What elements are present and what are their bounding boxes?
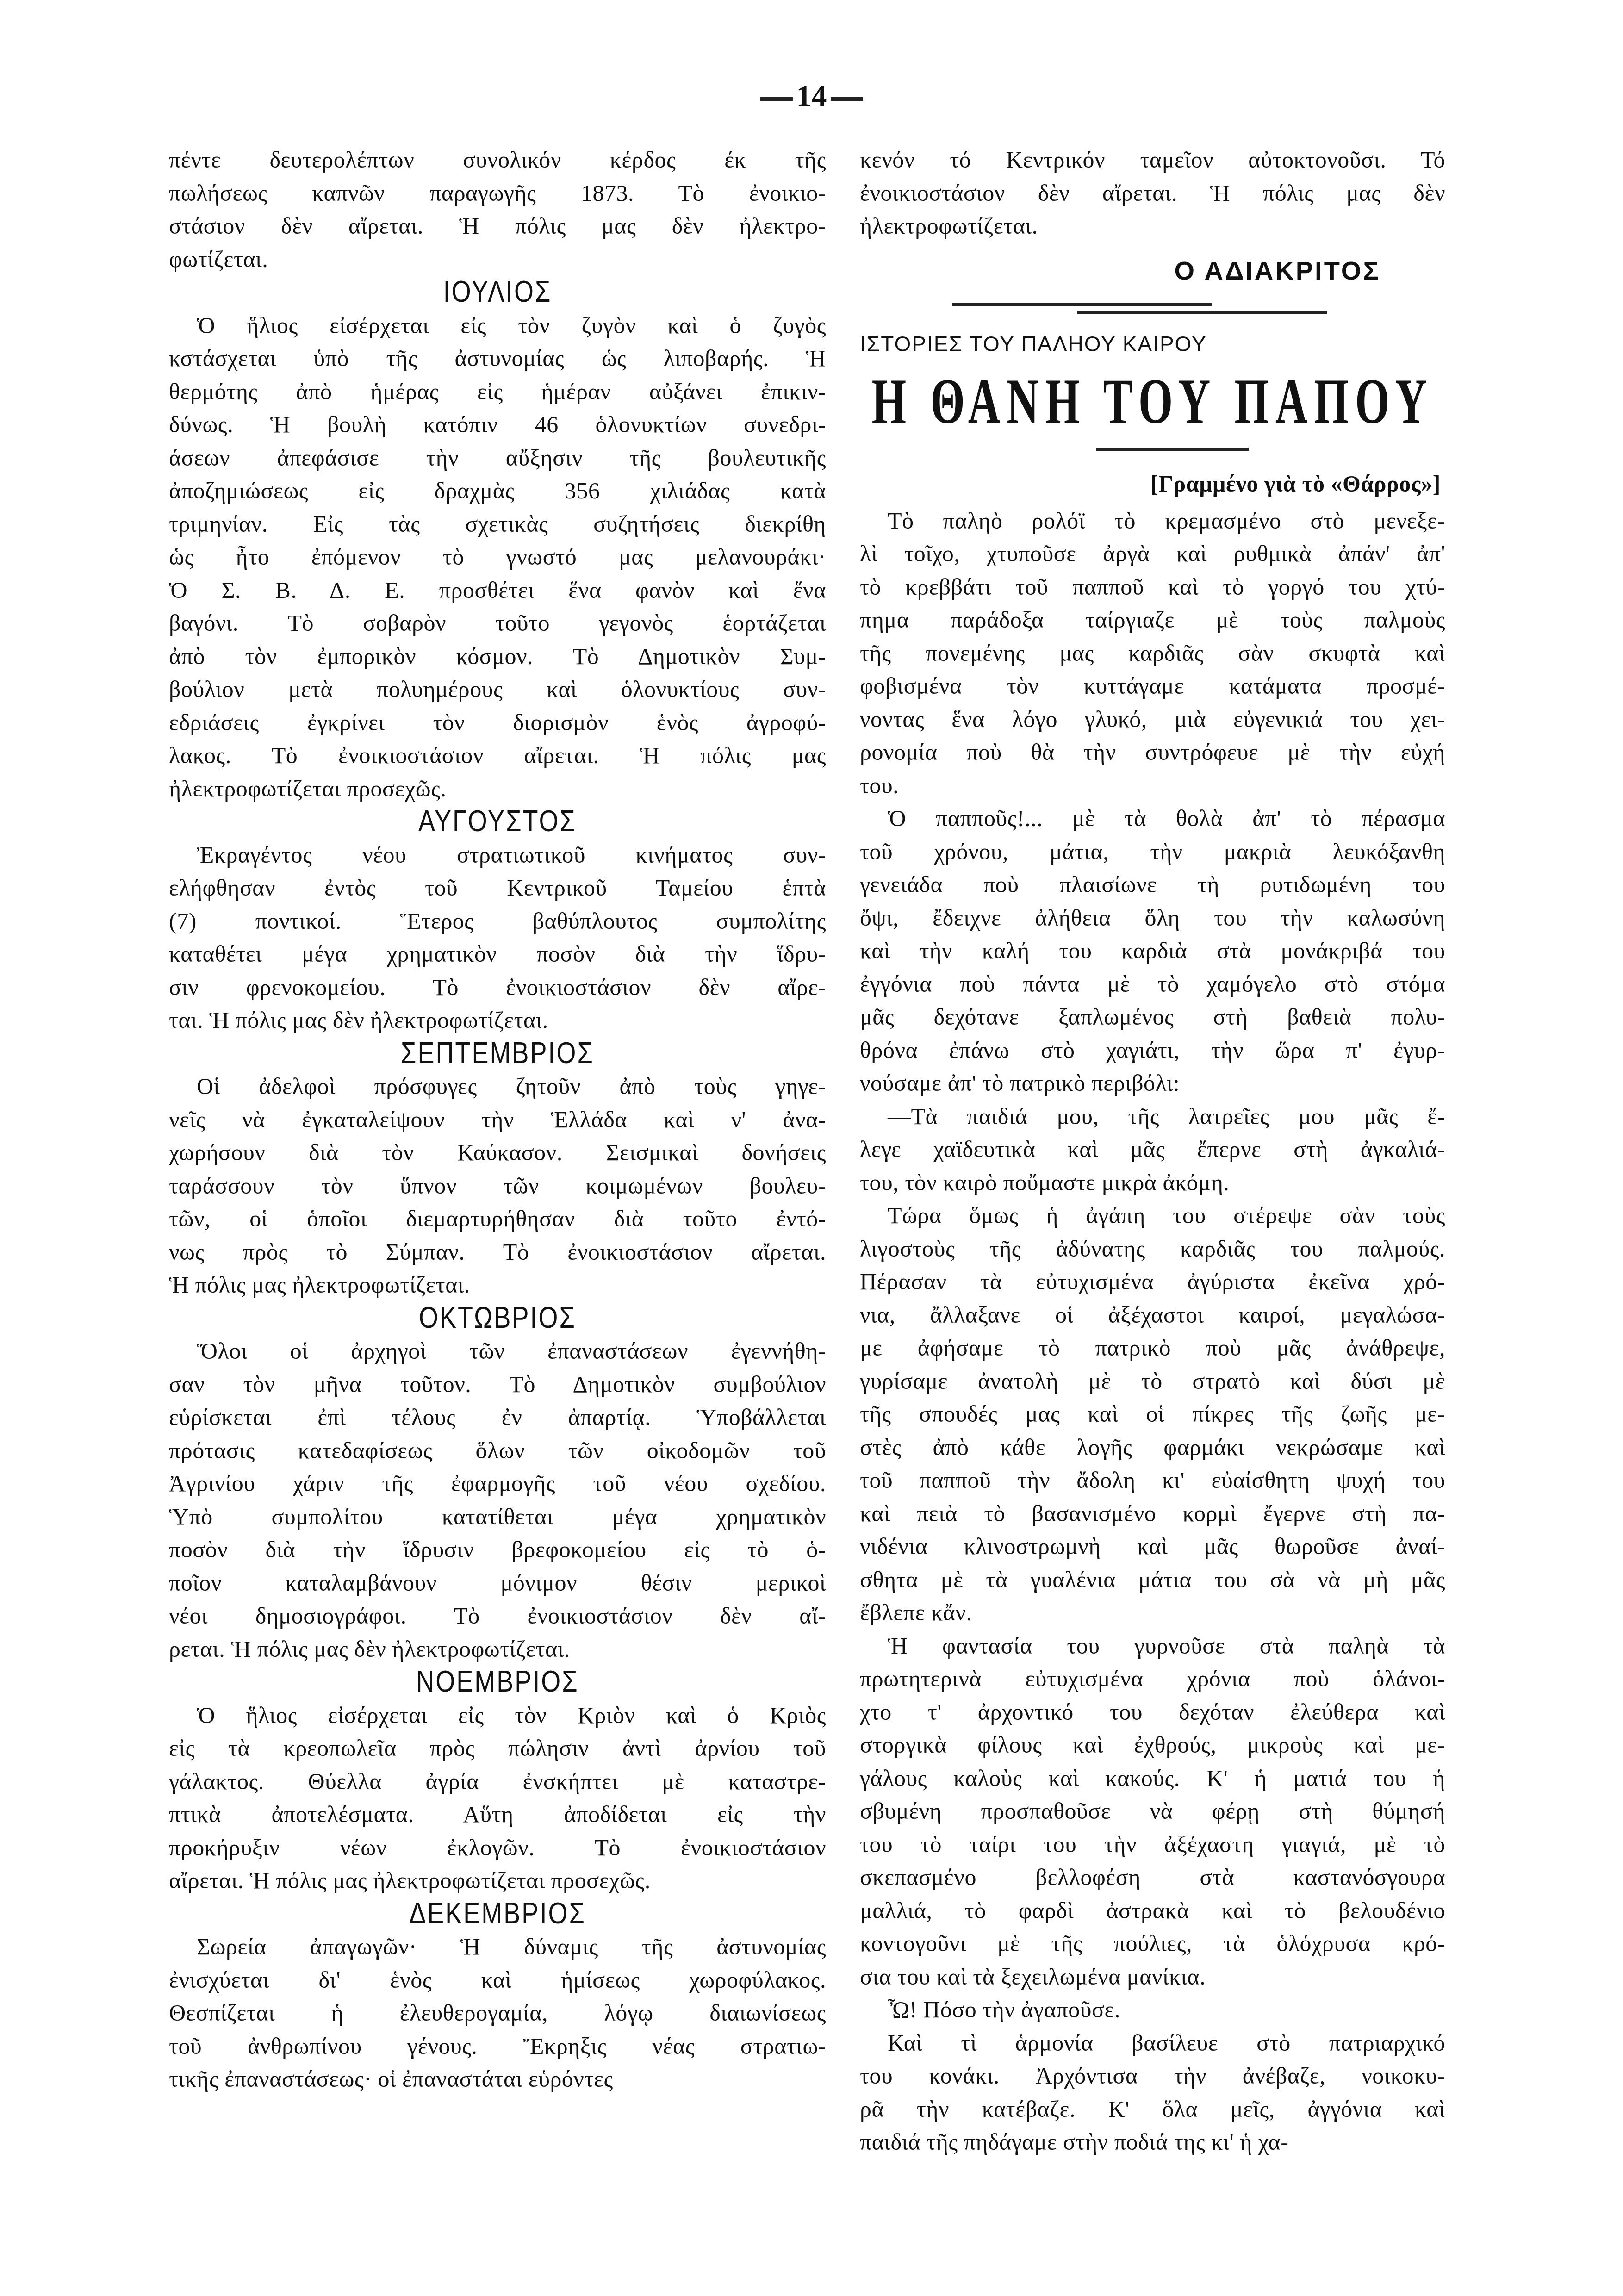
text-line: χωρήσουν διὰ τὸν Καύκασον. Σεισμικαὶ δον… [169, 1136, 826, 1170]
text-line: λακος. Τὸ ἐνοικιοστάσιον αἴρεται. Ἡ πόλι… [169, 739, 826, 772]
text-line: με ἀφήσαμε τὸ πατρικὸ ποὺ μᾶς ἀνάθρεψε, [860, 1332, 1445, 1365]
text-line: καὶ πειὰ τὸ βασανισμένο κορμὶ ἔγερνε στὴ… [860, 1497, 1445, 1531]
text-line: τῶν, οἱ ὁποῖοι διεμαρτυρήθησαν διὰ τοῦτο… [169, 1202, 826, 1236]
text-line: τῆς σπουδές μας καὶ οἱ πίκρες τῆς ζωῆς μ… [860, 1398, 1445, 1431]
text-line: κοντογοῦνι μὲ τῆς πούλιες, τὰ ὁλόχρυσα κ… [860, 1927, 1445, 1960]
text-line: λιγοστοὺς τῆς ἀδύνατης καρδιᾶς του παλμο… [860, 1232, 1445, 1266]
text-line: ἔβλεπε κἄν. [860, 1596, 1445, 1630]
text-line: αἴρεται. Ἡ πόλις μας ἠλεκτροφωτίζεται πρ… [169, 1864, 826, 1898]
text-line: στάσιον δὲν αἴρεται. Ἡ πόλις μας δὲν ἠλε… [169, 210, 826, 243]
text-line: ρονομία ποὺ θὰ τὴν συντρόφευε μὲ τὴν εὐχ… [860, 736, 1445, 769]
text-line: Ὁ Σ. Β. Δ. Ε. προσθέτει ἕνα φανὸν καὶ ἕν… [169, 574, 826, 607]
text-line: εὑρίσκεται ἐπὶ τέλους ἐν ἀπαρτίᾳ. Ὑποβάλ… [169, 1401, 826, 1434]
text-line: μᾶς δεχότανε ξαπλωμένος στὴ βαθειὰ πολυ- [860, 1001, 1445, 1034]
page-number-text: 14 [796, 79, 827, 113]
right-column: κενόν τό Κεντρικόν ταμεῖον αὐτοκτονοῦσι.… [860, 143, 1445, 2159]
text-line: ὄψι, ἔδειχνε ἀλήθεια ὅλη του τὴν καλωσύν… [860, 902, 1445, 935]
paragraph: Σωρεία ἀπαγωγῶν· Ἡ δύναμις τῆς ἀστυνομία… [169, 1930, 826, 2096]
text-line: τῆς πονεμένης μας καρδιᾶς σὰν σκυφτὰ καὶ [860, 637, 1445, 670]
divider-rule [952, 303, 1212, 306]
text-line: νεῖς νὰ ἐγκαταλείψουν τὴν Ἑλλάδα καὶ ν' … [169, 1103, 826, 1137]
month-heading: ΟΚΤΩΒΡΙΟΣ [169, 1298, 826, 1338]
text-line: ποῖον καταλαμβάνουν μόνιμον θέσιν μερικο… [169, 1567, 826, 1600]
text-line: Ἡ φαντασία του γυρνοῦσε στὰ παληὰ τὰ [860, 1630, 1445, 1663]
text-line: του, τὸν καιρὸ ποὔμαστε μικρὰ ἀκόμη. [860, 1166, 1445, 1200]
text-line: ποσὸν διὰ τὴν ἵδρυσιν βρεφοκομείου εἰς τ… [169, 1533, 826, 1567]
paragraph: Τὸ παληὸ ρολόϊ τὸ κρεμασμένο στὸ μενεξε-… [860, 504, 1445, 803]
text-line: παιδιά τῆς πηδάγαμε στὴν ποδιά της κι' ἡ… [860, 2126, 1445, 2159]
story-byline: [Γραμμένο γιὰ τὸ «Θάρρος»] [860, 467, 1445, 500]
month-heading: ΝΟΕΜΒΡΙΟΣ [169, 1662, 826, 1702]
text-line: σκεπασμένο βελλοφέση στὰ καστανόσγουρα [860, 1861, 1445, 1894]
text-line: φοβισμένα τὸν κυττάγαμε κατάματα προσμέ- [860, 670, 1445, 703]
text-line: νιδένια κλινοστρωμνὴ καὶ μᾶς θωροῦσε ἀνα… [860, 1530, 1445, 1563]
text-line: άσεων ἀπεφάσισε τὴν αὔξησιν τῆς βουλευτι… [169, 442, 826, 475]
text-line: ἐνισχύεται δι' ἑνὸς καὶ ἡμίσεως χωροφύλα… [169, 1964, 826, 1997]
text-line: Καὶ τὶ ἁρμονία βασίλευε στὸ πατριαρχικό [860, 2027, 1445, 2060]
story-headline: Η ΘΑΝΗ ΤΟΥ ΠΑΠΟΥ [860, 365, 1445, 439]
text-line: πωλήσεως καπνῶν παραγωγῆς 1873. Τὸ ἐνοικ… [169, 177, 826, 210]
page-number: 14 [0, 79, 1623, 114]
text-line: θρόνα ἐπάνω στὸ χαγιάτι, τὴν ὥρα π' ἐγυρ… [860, 1034, 1445, 1067]
text-line: ἐνοικιοστάσιον δὲν αἴρεται. Ἡ πόλις μας … [860, 177, 1445, 210]
text-line: προκήρυξιν νέων ἐκλογῶν. Τὸ ἐνοικιοστάσι… [169, 1831, 826, 1865]
text-line: γυρίσαμε ἀνατολὴ μὲ τὸ στρατὸ καὶ δύσι μ… [860, 1365, 1445, 1398]
text-line: ἀπὸ τὸν ἐμπορικὸν κόσμον. Τὸ Δημοτικὸν Σ… [169, 640, 826, 673]
text-line: ταράσσουν τὸν ὕπνον τῶν κοιμωμένων βουλε… [169, 1170, 826, 1203]
text-line: καταθέτει μέγα χρηματικὸν ποσὸν διὰ τὴν … [169, 938, 826, 971]
text-line: Τώρα ὅμως ἡ ἀγάπη του στέρεψε σὰν τοὺς [860, 1199, 1445, 1232]
text-line: Ὦ! Πόσο τὴν ἀγαποῦσε. [860, 1993, 1445, 2027]
text-line: Σωρεία ἀπαγωγῶν· Ἡ δύναμις τῆς ἀστυνομία… [169, 1930, 826, 1964]
text-line: του κονάκι. Ἀρχόντισα τὴν ἀνέβαζε, νοικο… [860, 2060, 1445, 2093]
section-kicker: ΙΣΤΟΡΙΕΣ ΤΟΥ ΠΑΛΗΟΥ ΚΑΙΡΟΥ [860, 330, 1445, 358]
text-line: ελήφθησαν ἐντὸς τοῦ Κεντρικοῦ Ταμείου ἑπ… [169, 871, 826, 905]
text-line: λεγε χαϊδευτικὰ καὶ μᾶς ἔπερνε στὴ ἀγκαλ… [860, 1133, 1445, 1166]
text-line: κενόν τό Κεντρικόν ταμεῖον αὐτοκτονοῦσι.… [860, 143, 1445, 177]
divider-rule [1096, 448, 1249, 451]
text-line: τικῆς ἐπαναστάσεως· οἱ ἐπαναστάται εὑρόν… [169, 2063, 826, 2096]
text-line: βούλιον μετὰ πολυημέρους καὶ ὁλονυκτίους… [169, 673, 826, 706]
paragraph: Ὦ! Πόσο τὴν ἀγαποῦσε. [860, 1993, 1445, 2027]
paragraph: Ὁ ἥλιος εἰσέρχεται εἰς τὸν ζυγὸν καὶ ὁ ζ… [169, 309, 826, 806]
text-line: ρᾶ τὴν κατέβαζε. Κ' ὅλα μεῖς, ἀγγόνια κα… [860, 2093, 1445, 2126]
text-line: του. [860, 769, 1445, 803]
text-line: πημα παράδοξα ταίργιαζε μὲ τοὺς παλμοὺς [860, 604, 1445, 637]
text-line: σαν τὸν μῆνα τοῦτον. Τὸ Δημοτικὸν συμβού… [169, 1368, 826, 1401]
text-line: Ὁ παπποῦς!... μὲ τὰ θολὰ ἀπ' τὸ πέρασμα [860, 802, 1445, 835]
text-line: (7) ποντικοί. Ἕτερος βαθύπλουτος συμπολί… [169, 905, 826, 938]
text-line: δύνως. Ἡ βουλὴ κατόπιν 46 ὁλονυκτίων συν… [169, 408, 826, 442]
paragraph: Ἡ φαντασία του γυρνοῦσε στὰ παληὰ τὰπρωτ… [860, 1630, 1445, 1994]
text-line: ἠλεκτροφωτίζεται προσεχῶς. [169, 772, 826, 806]
text-line: νια, ἄλλαξανε οἱ ἀξέχαστοι καιροί, μεγαλ… [860, 1299, 1445, 1332]
text-line: μαλλιά, τὸ φαρδὶ ἀστρακὰ καὶ τὸ βελουδέν… [860, 1894, 1445, 1928]
text-line: ται. Ἡ πόλις μας δὲν ἠλεκτροφωτίζεται. [169, 1004, 826, 1037]
text-line: καὶ τὴν καλή του καρδιὰ στὰ μονάκριβά το… [860, 934, 1445, 968]
text-line: εδριάσεις ἐγκρίνει τὸν διορισμὸν ἑνὸς ἀγ… [169, 706, 826, 740]
month-heading: ΣΕΠΤΕΜΒΡΙΟΣ [169, 1033, 826, 1073]
text-line: τοῦ χρόνου, μάτια, τὴν μακριὰ λευκόξανθη [860, 835, 1445, 869]
text-line: Ὁ ἥλιος εἰσέρχεται εἰς τὸν ζυγὸν καὶ ὁ ζ… [169, 309, 826, 342]
text-line: στὲς ἀπὸ κάθε λογῆς φαρμάκι νεκρώσαμε κα… [860, 1431, 1445, 1464]
text-line: θερμότης ἀπὸ ἡμέρας εἰς ἡμέραν αὐξάνει ἐ… [169, 375, 826, 409]
text-line: λὶ τοῖχο, χτυποῦσε ἀργὰ καὶ ρυθμικὰ ἀπάν… [860, 537, 1445, 571]
text-line: ὡς ἦτο ἐπόμενον τὸ γνωστό μας μελανουράκ… [169, 541, 826, 574]
text-line: Ἐκραγέντος νέου στρατιωτικοῦ κινήματος σ… [169, 839, 826, 872]
paragraph: Ὁ ἥλιος εἰσέρχεται εἰς τὸν Κριὸν καὶ ὁ Κ… [169, 1699, 826, 1898]
text-line: ἀποζημιώσεως εἰς δραχμὰς 356 χιλιάδας κα… [169, 474, 826, 508]
text-line: στοργικὰ φίλους καὶ ἐχθρούς, μικροὺς καὶ… [860, 1729, 1445, 1762]
text-line: Θεσπίζεται ἡ ἐλευθερογαμία, λόγῳ διαιωνί… [169, 1997, 826, 2030]
paragraph: πέντε δευτερολέπτων συνολικόν κέρδος έκ … [169, 143, 826, 276]
paragraph: Καὶ τὶ ἁρμονία βασίλευε στὸ πατριαρχικότ… [860, 2027, 1445, 2159]
text-line: σια του καὶ τὰ ξεχειλωμένα μανίκια. [860, 1960, 1445, 1994]
text-line: νέοι δημοσιογράφοι. Τὸ ἐνοικιοστάσιον δὲ… [169, 1599, 826, 1633]
text-line: βαγόνι. Τὸ σοβαρὸν τοῦτο γεγονὸς ἑορτάζε… [169, 607, 826, 640]
paragraph: Ὁ παπποῦς!... μὲ τὰ θολὰ ἀπ' τὸ πέρασματ… [860, 802, 1445, 1100]
text-line: πρωτητερινὰ εὐτυχισμένα χρόνια ποὺ ὁλάνο… [860, 1662, 1445, 1696]
text-line: γάλακτος. Θύελλα ἀγρία ἐνσκήπτει μὲ κατα… [169, 1765, 826, 1798]
text-line: γενειάδα ποὺ πλαισίωνε τὴ ρυτιδωμένη του [860, 868, 1445, 902]
text-line: εἰς τὰ κρεοπωλεῖα πρὸς πώλησιν ἀντὶ ἀρνί… [169, 1732, 826, 1765]
text-line: νως πρὸς τὸ Σύμπαν. Τὸ ἐνοικιοστάσιον αἴ… [169, 1236, 826, 1269]
text-line: ἠλεκτροφωτίζεται. [860, 210, 1445, 243]
paragraph: Τώρα ὅμως ἡ ἀγάπη του στέρεψε σὰν τοὺςλι… [860, 1199, 1445, 1630]
month-heading: ΑΥΓΟΥΣΤΟΣ [169, 802, 826, 842]
text-line: Ἡ πόλις μας ἠλεκτροφωτίζεται. [169, 1269, 826, 1302]
paragraph: Ὅλοι οἱ ἀρχηγοὶ τῶν ἐπαναστάσεων ἐγεννήθ… [169, 1335, 826, 1666]
text-line: χτο τ' ἀρχοντικό του δεχόταν ἐλεύθερα κα… [860, 1696, 1445, 1729]
story-body: Τὸ παληὸ ρολόϊ τὸ κρεμασμένο στὸ μενεξε-… [860, 504, 1445, 2159]
text-line: σβυμένη προσπαθοῦσε νὰ φέρῃ στὴ θύμησή [860, 1795, 1445, 1828]
text-line: πρότασις κατεδαφίσεως ὅλων τῶν οἰκοδομῶν… [169, 1434, 826, 1468]
text-line: πτικὰ ἀποτελέσματα. Αὕτη ἀποδίδεται εἰς … [169, 1798, 826, 1831]
text-line: φωτίζεται. [169, 243, 826, 276]
text-line: Ὁ ἥλιος εἰσέρχεται εἰς τὸν Κριὸν καὶ ὁ Κ… [169, 1699, 826, 1732]
ornament-dash-left [760, 97, 793, 101]
text-line: γάλους καλοὺς καὶ κακούς. Κ' ἡ ματιά του… [860, 1762, 1445, 1795]
ornament-dash-right [831, 97, 863, 101]
paragraph: —Τὰ παιδιά μου, τῆς λατρεῖες μου μᾶς ἔ-λ… [860, 1100, 1445, 1200]
text-line: σθητα μὲ τὰ γυαλένια μάτια του σὰ νὰ μὴ … [860, 1563, 1445, 1597]
month-heading: ΔΕΚΕΜΒΡΙΟΣ [169, 1894, 826, 1934]
text-line: νούσαμε ἀπ' τὸ πατρικὸ περιβόλι: [860, 1067, 1445, 1100]
text-line: Οἱ ἀδελφοὶ πρόσφυγες ζητοῦν ἀπὸ τοὺς γηγ… [169, 1070, 826, 1103]
month-heading: ΙΟΥΛΙΟΣ [169, 273, 826, 312]
text-line: Ἀγρινίου χάριν τῆς ἐφαρμογῆς τοῦ νέου σχ… [169, 1467, 826, 1500]
paragraph: Ἐκραγέντος νέου στρατιωτικοῦ κινήματος σ… [169, 839, 826, 1037]
text-line: ἐγγόνια ποὺ πάντα μὲ τὸ χαμόγελο στὸ στό… [860, 968, 1445, 1001]
text-line: σιν φρενοκομείου. Τὸ ἐνοικιοστάσιον δὲν … [169, 971, 826, 1004]
text-line: νοντας ἕνα λόγο γλυκό, μιὰ εὐγενικιά του… [860, 703, 1445, 736]
text-line: Ὑπὸ συμπολίτου κατατίθεται μέγα χρηματικ… [169, 1500, 826, 1534]
left-column-almanac: πέντε δευτερολέπτων συνολικόν κέρδος έκ … [169, 143, 826, 2096]
text-line: —Τὰ παιδιά μου, τῆς λατρεῖες μου μᾶς ἔ- [860, 1100, 1445, 1133]
text-line: Τὸ παληὸ ρολόϊ τὸ κρεμασμένο στὸ μενεξε- [860, 504, 1445, 538]
text-line: τριμηνίαν. Εἰς τὰς σχετικὰς συζητήσεις δ… [169, 508, 826, 541]
text-line: τοῦ ἀνθρωπίνου γένους. Ἔκρηξις νέας στρα… [169, 2030, 826, 2063]
text-line: του τὸ ταίρι του τὴν ἀξέχαστη γιαγιά, μὲ… [860, 1828, 1445, 1861]
paragraph: Οἱ ἀδελφοὶ πρόσφυγες ζητοῦν ἀπὸ τοὺς γηγ… [169, 1070, 826, 1302]
text-line: πέντε δευτερολέπτων συνολικόν κέρδος έκ … [169, 143, 826, 177]
text-line: ρεται. Ἡ πόλις μας δὲν ἠλεκτροφωτίζεται. [169, 1633, 826, 1666]
divider-rule [1077, 311, 1327, 314]
text-line: τοῦ παπποῦ τὴν ἄδολη κι' εὐαίσθητη ψυχή … [860, 1464, 1445, 1497]
text-line: κστάσχεται ὑπὸ τῆς ἀστυνομίας ὡς λιποβαρ… [169, 342, 826, 375]
author-signature: Ο ΑΔΙΑΚΡΙΤΟΣ [860, 252, 1445, 289]
continuation-text: κενόν τό Κεντρικόν ταμεῖον αὐτοκτονοῦσι.… [860, 143, 1445, 243]
text-line: τὸ κρεββάτι τοῦ παπποῦ καὶ τὸ γοργό του … [860, 571, 1445, 604]
text-line: Πέρασαν τὰ εὐτυχισμένα ἀγύριστα ἐκεῖνα χ… [860, 1265, 1445, 1299]
text-line: Ὅλοι οἱ ἀρχηγοὶ τῶν ἐπαναστάσεων ἐγεννήθ… [169, 1335, 826, 1368]
